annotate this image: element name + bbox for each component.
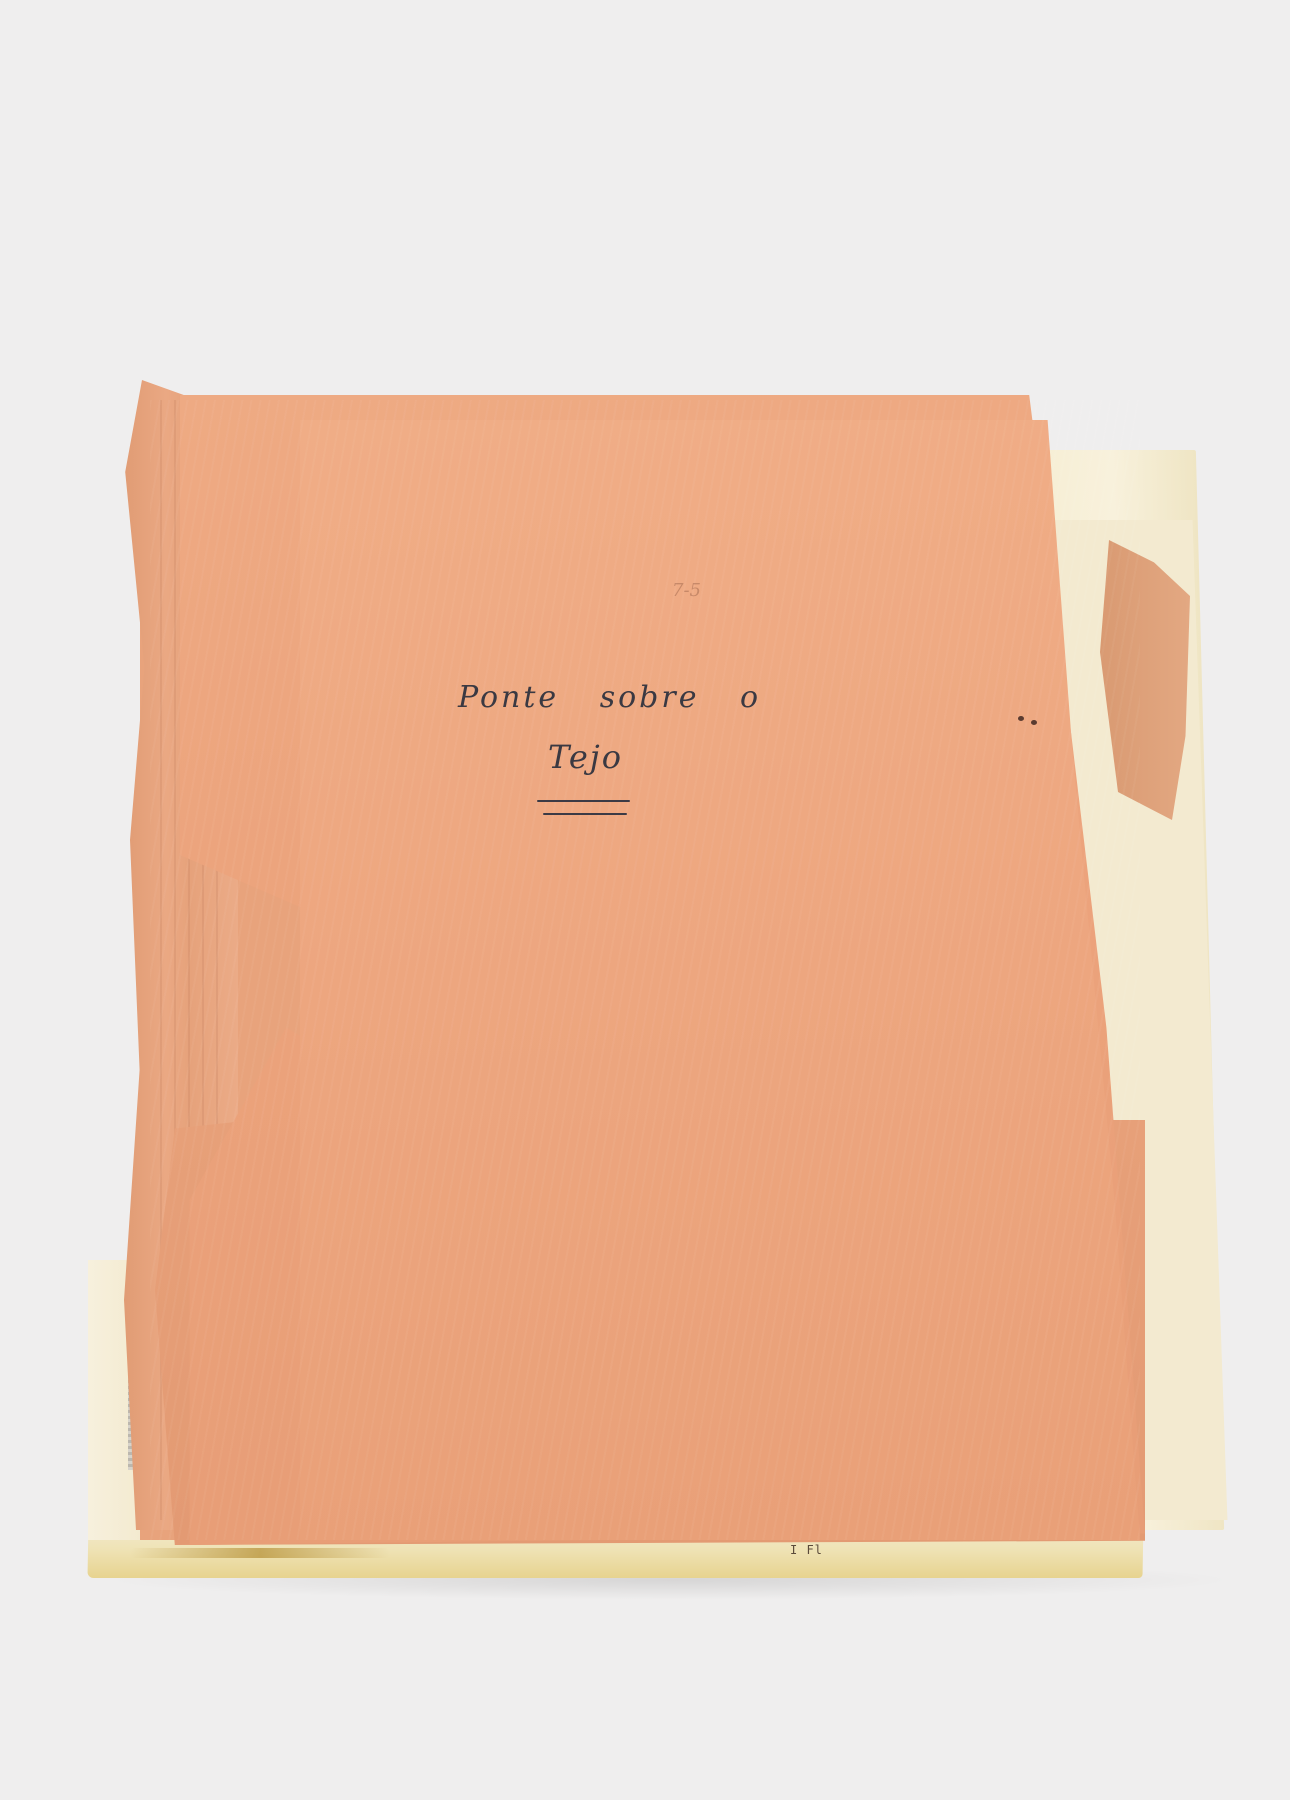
- bottom-edge-text: I Fl: [790, 1543, 823, 1557]
- handwritten-title-line2: Tejo: [548, 738, 623, 776]
- water-stain: [130, 1548, 390, 1558]
- ink-mark: [1031, 720, 1037, 725]
- photo-scene: I Fl ER 7-5 Ponte sobre o Tejo: [0, 0, 1290, 1800]
- ink-mark: [1018, 716, 1024, 721]
- handwritten-title-line1: Ponte sobre o: [458, 680, 761, 715]
- pencil-note: 7-5: [672, 580, 701, 601]
- title-underline-2: [543, 813, 627, 815]
- title-underline-1: [537, 800, 630, 802]
- folder-front-main-panel: [300, 420, 1140, 1540]
